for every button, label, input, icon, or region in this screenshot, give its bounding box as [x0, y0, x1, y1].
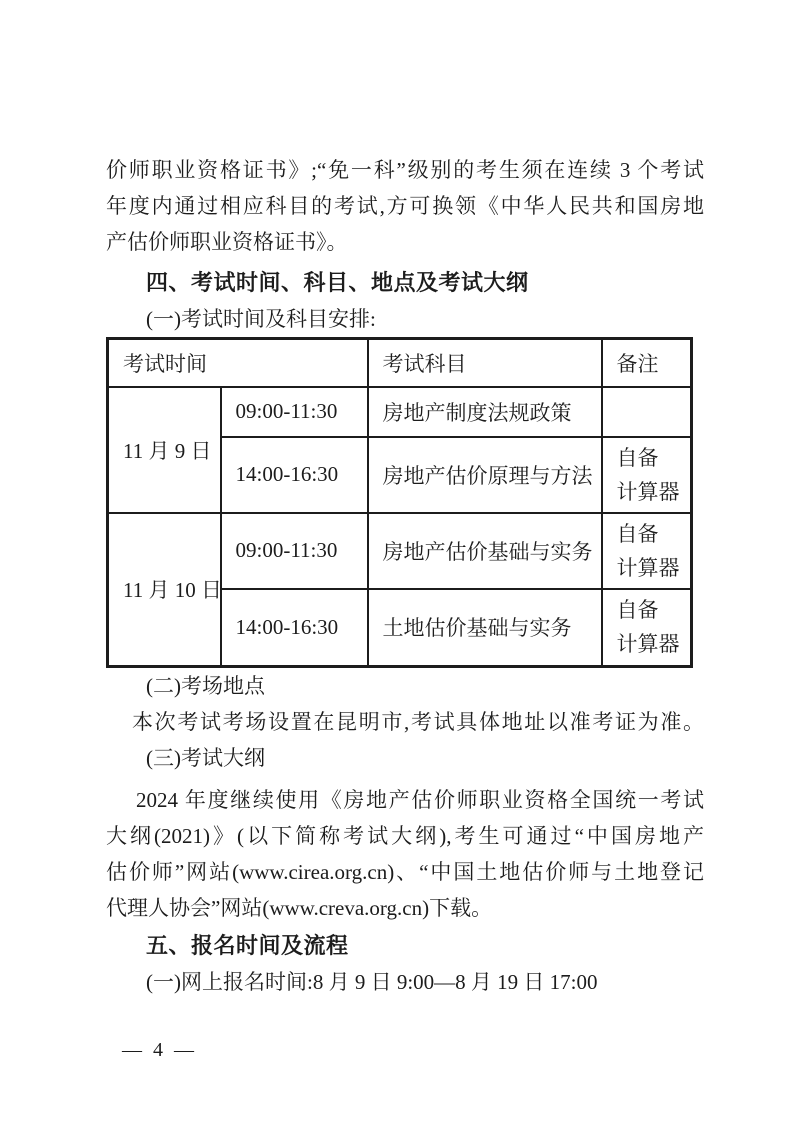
note-line: 计算器 — [617, 475, 691, 509]
cell-time: 09:00-11:30 — [221, 513, 368, 589]
outline-paragraph-line: 2024 年度继续使用《房地产估价师职业资格全国统一考试 — [106, 782, 704, 818]
cell-time: 14:00-16:30 — [221, 589, 368, 667]
cell-subject: 土地估价基础与实务 — [368, 589, 602, 667]
table-row-nov10-morning: 11 月 10 日 09:00-11:30 房地产估价基础与实务 自备 计算器 — [108, 513, 692, 589]
table-header-row: 考试时间 考试科目 备注 — [108, 339, 692, 387]
section-4-heading: 四、考试时间、科目、地点及考试大纲 — [106, 265, 704, 301]
outline-paragraph-line: 代理人协会”网站(www.creva.org.cn)下载。 — [106, 890, 704, 926]
cell-subject: 房地产制度法规政策 — [368, 387, 602, 437]
cell-note-empty — [602, 387, 692, 437]
header-note: 备注 — [602, 339, 692, 387]
cell-note: 自备 计算器 — [602, 513, 692, 589]
note-line: 自备 — [617, 517, 691, 551]
outline-paragraph-line: 估价师”网站(www.cirea.org.cn)、“中国土地估价师与土地登记 — [106, 854, 704, 890]
page-number: — 4 — — [122, 1032, 197, 1068]
cell-subject: 房地产估价原理与方法 — [368, 437, 602, 513]
note-line: 计算器 — [617, 627, 691, 661]
cell-subject: 房地产估价基础与实务 — [368, 513, 602, 589]
note-line: 自备 — [617, 593, 691, 627]
header-exam-time: 考试时间 — [108, 339, 368, 387]
note-line: 计算器 — [617, 551, 691, 585]
section-5-heading: 五、报名时间及流程 — [106, 928, 704, 964]
cell-date-nov-9: 11 月 9 日 — [108, 387, 221, 513]
outline-paragraph-line: 大纲(2021)》(以下简称考试大纲),考生可通过“中国房地产 — [106, 818, 704, 854]
header-exam-subject: 考试科目 — [368, 339, 602, 387]
document-page: { "page": { "background": "#ffffff", "te… — [0, 0, 793, 1122]
intro-paragraph-line: 价师职业资格证书》;“免一科”级别的考生须在连续 3 个考试 — [106, 152, 704, 188]
cell-note: 自备 计算器 — [602, 437, 692, 513]
note-line: 自备 — [617, 441, 691, 475]
section-5-sub1-text: (一)网上报名时间:8 月 9 日 9:00—8 月 19 日 17:00 — [106, 964, 704, 1000]
cell-time: 09:00-11:30 — [221, 387, 368, 437]
cell-date-nov-10: 11 月 10 日 — [108, 513, 221, 667]
cell-note: 自备 计算器 — [602, 589, 692, 667]
venue-text: 本次考试考场设置在昆明市,考试具体地址以准考证为准。 — [106, 704, 704, 740]
cell-time: 14:00-16:30 — [221, 437, 368, 513]
section-4-sub3-heading: (三)考试大纲 — [106, 740, 704, 776]
intro-paragraph-line: 年度内通过相应科目的考试,方可换领《中华人民共和国房地 — [106, 188, 704, 224]
section-4-sub2-heading: (二)考场地点 — [106, 668, 704, 704]
exam-schedule-table: 考试时间 考试科目 备注 11 月 9 日 09:00-11:30 房地产制度法… — [106, 337, 693, 668]
section-4-sub1-heading: (一)考试时间及科目安排: — [106, 301, 704, 337]
intro-paragraph-line: 产估价师职业资格证书》。 — [106, 224, 704, 260]
table-row-nov9-morning: 11 月 9 日 09:00-11:30 房地产制度法规政策 — [108, 387, 692, 437]
document-body: 价师职业资格证书》;“免一科”级别的考生须在连续 3 个考试 年度内通过相应科目… — [106, 152, 704, 1000]
